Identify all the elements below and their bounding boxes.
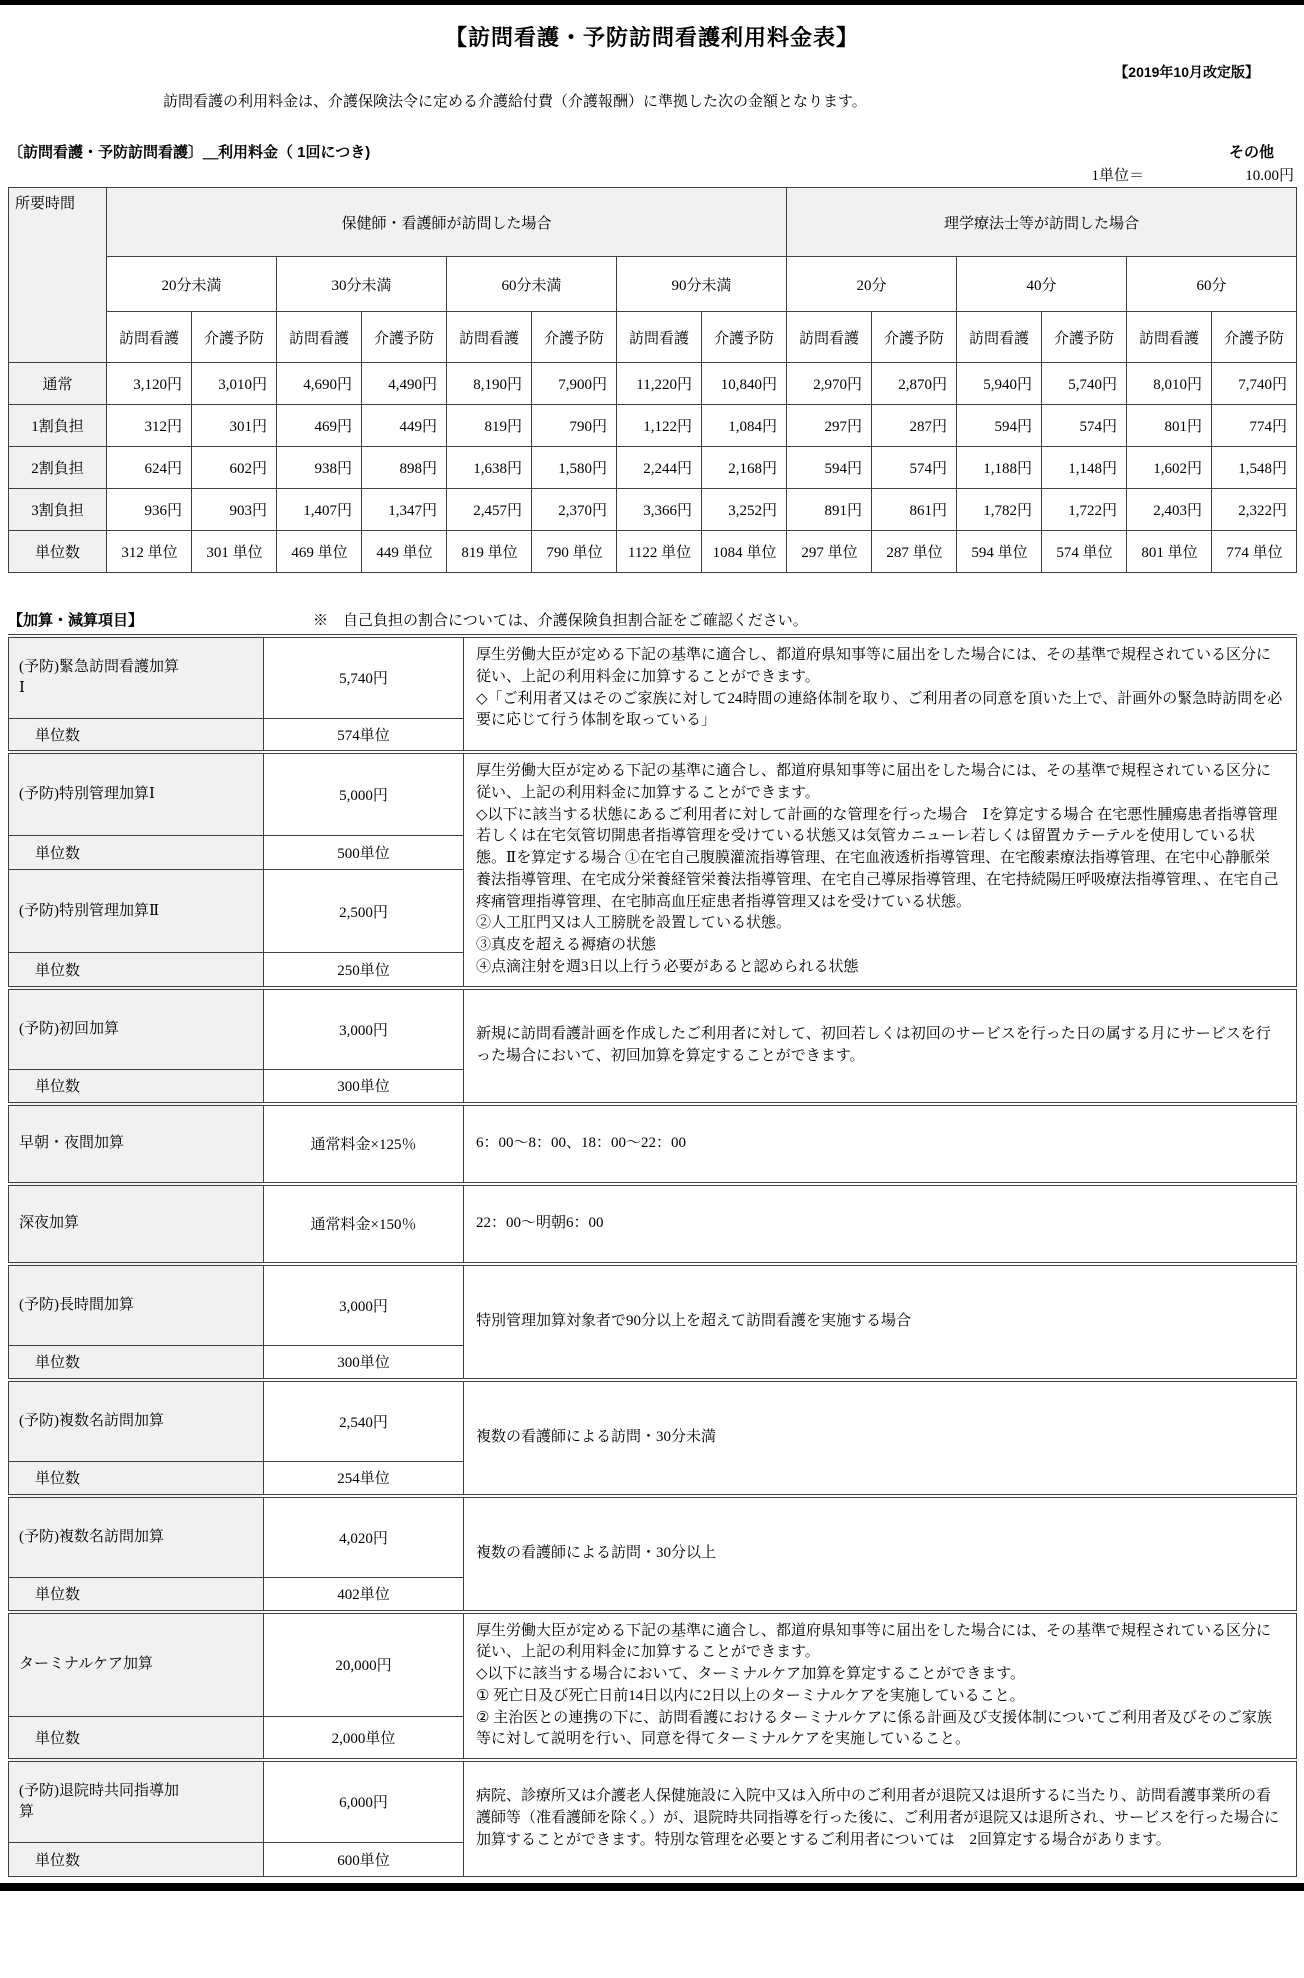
fee-value-cell: 1,188円 <box>957 447 1042 489</box>
fee-value-cell: 297 単位 <box>787 531 872 573</box>
fee-value-cell: 2,457円 <box>447 489 532 531</box>
fee-data-row: 単位数312 単位301 単位469 単位449 単位819 単位790 単位1… <box>9 531 1297 573</box>
fee-value-cell: 3,010円 <box>192 363 277 405</box>
fee-value-cell: 5,940円 <box>957 363 1042 405</box>
addon-units-value: 402単位 <box>264 1578 464 1612</box>
addon-name: 早朝・夜間加算 <box>9 1104 264 1184</box>
fee-value-cell: 819 単位 <box>447 531 532 573</box>
addon-row: (予防)緊急訪問看護加算 Ⅰ5,740円厚生労働大臣が定める下記の基準に適合し、… <box>9 636 1297 718</box>
fee-value-cell: 1084 単位 <box>702 531 787 573</box>
addon-name: (予防)緊急訪問看護加算 Ⅰ <box>9 636 264 718</box>
fee-value-cell: 10,840円 <box>702 363 787 405</box>
addon-units-value: 2,000単位 <box>264 1716 464 1760</box>
fee-value-cell: 2,244円 <box>617 447 702 489</box>
fee-value-cell: 903円 <box>192 489 277 531</box>
addon-units-label: 単位数 <box>9 1462 264 1496</box>
fee-data-row: 通常3,120円3,010円4,690円4,490円8,190円7,900円11… <box>9 363 1297 405</box>
fee-header-group-row: 所要時間保健師・看護師が訪問した場合理学療法士等が訪問した場合 <box>9 188 1297 257</box>
page-title: 【訪問看護・予防訪問看護利用料金表】 <box>0 21 1304 52</box>
addon-row: ターミナルケア加算20,000円厚生労働大臣が定める下記の基準に適合し、都道府県… <box>9 1612 1297 1717</box>
fee-data-row: 2割負担624円602円938円898円1,638円1,580円2,244円2,… <box>9 447 1297 489</box>
fee-value-cell: 1,580円 <box>532 447 617 489</box>
addon-row: (予防)特別管理加算Ⅰ5,000円厚生労働大臣が定める下記の基準に適合し、都道府… <box>9 752 1297 835</box>
fee-type-header: 訪問看護 <box>957 312 1042 363</box>
addon-units-value: 254単位 <box>264 1462 464 1496</box>
fee-type-header: 介護予防 <box>872 312 957 363</box>
addon-name: (予防)複数名訪問加算 <box>9 1380 264 1462</box>
fee-value-cell: 594円 <box>957 405 1042 447</box>
fee-value-cell: 891円 <box>787 489 872 531</box>
fee-value-cell: 301 単位 <box>192 531 277 573</box>
fee-group-header-nurse: 保健師・看護師が訪問した場合 <box>107 188 787 257</box>
fee-value-cell: 287円 <box>872 405 957 447</box>
fee-section-title: 〔訪問看護・予防訪問看護〕＿利用料金（ 1回につき) <box>8 141 370 162</box>
addon-price: 2,500円 <box>264 870 464 953</box>
fee-duration-header: 90分未満 <box>617 257 787 312</box>
fee-value-cell: 790 単位 <box>532 531 617 573</box>
fee-value-cell: 574円 <box>1042 405 1127 447</box>
addon-name: (予防)複数名訪問加算 <box>9 1496 264 1578</box>
fee-value-cell: 1,638円 <box>447 447 532 489</box>
fee-type-header: 介護予防 <box>192 312 277 363</box>
addon-units-label: 単位数 <box>9 953 264 988</box>
addon-units-value: 300単位 <box>264 1070 464 1104</box>
fee-value-cell: 301円 <box>192 405 277 447</box>
fee-value-cell: 1,602円 <box>1127 447 1212 489</box>
fee-value-cell: 2,403円 <box>1127 489 1212 531</box>
fee-value-cell: 624円 <box>107 447 192 489</box>
fee-type-header: 介護予防 <box>1212 312 1297 363</box>
addon-units-value: 600単位 <box>264 1842 464 1876</box>
fee-type-header: 介護予防 <box>702 312 787 363</box>
other-label: その他 <box>1229 141 1296 162</box>
fee-type-header: 訪問看護 <box>787 312 872 363</box>
addon-price: 20,000円 <box>264 1612 464 1717</box>
fee-type-row: 訪問看護介護予防訪問看護介護予防訪問看護介護予防訪問看護介護予防訪問看護介護予防… <box>9 312 1297 363</box>
addon-price: 6,000円 <box>264 1760 464 1842</box>
fee-value-cell: 1,148円 <box>1042 447 1127 489</box>
fee-value-cell: 5,740円 <box>1042 363 1127 405</box>
fee-type-header: 介護予防 <box>362 312 447 363</box>
addon-units-label: 単位数 <box>9 1578 264 1612</box>
unit-rate-label: 1単位＝ <box>1091 164 1144 185</box>
fee-row-label: 3割負担 <box>9 489 107 531</box>
fee-duration-header: 60分 <box>1127 257 1297 312</box>
addon-desc: 厚生労働大臣が定める下記の基準に適合し、都道府県知事等に届出をした場合には、その… <box>464 752 1297 988</box>
addon-desc: 6：00～8：00、18：00～22：00 <box>464 1104 1297 1184</box>
addon-price: 2,540円 <box>264 1380 464 1462</box>
addon-desc: 複数の看護師による訪問・30分未満 <box>464 1380 1297 1496</box>
fee-value-cell: 594 単位 <box>957 531 1042 573</box>
fee-value-cell: 801 単位 <box>1127 531 1212 573</box>
fee-value-cell: 3,120円 <box>107 363 192 405</box>
fee-value-cell: 1,347円 <box>362 489 447 531</box>
addon-price: 4,020円 <box>264 1496 464 1578</box>
addon-row: (予防)長時間加算3,000円特別管理加算対象者で90分以上を超えて訪問看護を実… <box>9 1264 1297 1346</box>
fee-value-cell: 287 単位 <box>872 531 957 573</box>
addon-name: (予防)長時間加算 <box>9 1264 264 1346</box>
fee-value-cell: 3,252円 <box>702 489 787 531</box>
addon-price: 3,000円 <box>264 1264 464 1346</box>
addon-row: (予防)複数名訪問加算2,540円複数の看護師による訪問・30分未満 <box>9 1380 1297 1462</box>
fee-value-cell: 1,548円 <box>1212 447 1297 489</box>
addon-units-label: 単位数 <box>9 1842 264 1876</box>
fee-value-cell: 449 単位 <box>362 531 447 573</box>
fee-value-cell: 574円 <box>872 447 957 489</box>
addon-units-value: 250単位 <box>264 953 464 988</box>
fee-value-cell: 3,366円 <box>617 489 702 531</box>
fee-duration-header: 30分未満 <box>277 257 447 312</box>
fee-value-cell: 574 単位 <box>1042 531 1127 573</box>
fee-duration-header: 40分 <box>957 257 1127 312</box>
fee-row-label: 単位数 <box>9 531 107 573</box>
addon-desc: 病院、診療所又は介護老人保健施設に入院中又は入所中のご利用者が退院又は退所するに… <box>464 1760 1297 1876</box>
fee-value-cell: 936円 <box>107 489 192 531</box>
addon-units-label: 単位数 <box>9 1070 264 1104</box>
fee-value-cell: 297円 <box>787 405 872 447</box>
addon-section-title: 【加算・減算項目】 <box>8 609 143 630</box>
fee-type-header: 訪問看護 <box>277 312 362 363</box>
fee-value-cell: 1,782円 <box>957 489 1042 531</box>
addon-price: 5,000円 <box>264 752 464 835</box>
bottom-rule <box>0 1883 1304 1891</box>
addon-units-value: 300単位 <box>264 1346 464 1380</box>
addon-row: (予防)初回加算3,000円新規に訪問看護計画を作成したご利用者に対して、初回若… <box>9 988 1297 1070</box>
fee-group-header-therapist: 理学療法士等が訪問した場合 <box>787 188 1297 257</box>
fee-data-row: 3割負担936円903円1,407円1,347円2,457円2,370円3,36… <box>9 489 1297 531</box>
addon-price: 通常料金×125％ <box>264 1104 464 1184</box>
addon-table: (予防)緊急訪問看護加算 Ⅰ5,740円厚生労働大臣が定める下記の基準に適合し、… <box>8 634 1297 1877</box>
fee-value-cell: 7,900円 <box>532 363 617 405</box>
fee-row-label: 通常 <box>9 363 107 405</box>
fee-value-cell: 7,740円 <box>1212 363 1297 405</box>
addon-price: 通常料金×150％ <box>264 1184 464 1264</box>
fee-corner-label: 所要時間 <box>9 188 107 363</box>
fee-row-label: 2割負担 <box>9 447 107 489</box>
fee-value-cell: 469 単位 <box>277 531 362 573</box>
fee-value-cell: 801円 <box>1127 405 1212 447</box>
fee-value-cell: 861円 <box>872 489 957 531</box>
fee-value-cell: 1,122円 <box>617 405 702 447</box>
fee-row-label: 1割負担 <box>9 405 107 447</box>
fee-duration-header: 20分未満 <box>107 257 277 312</box>
intro-text: 訪問看護の利用料金は、介護保険法令に定める介護給付費（介護報酬）に準拠した次の金… <box>163 90 1304 111</box>
addon-row: 早朝・夜間加算通常料金×125％6：00～8：00、18：00～22：00 <box>9 1104 1297 1184</box>
addon-row: (予防)複数名訪問加算4,020円複数の看護師による訪問・30分以上 <box>9 1496 1297 1578</box>
addon-desc: 厚生労働大臣が定める下記の基準に適合し、都道府県知事等に届出をした場合には、その… <box>464 1612 1297 1761</box>
fee-value-cell: 790円 <box>532 405 617 447</box>
fee-value-cell: 594円 <box>787 447 872 489</box>
fee-value-cell: 1,084円 <box>702 405 787 447</box>
addon-desc: 特別管理加算対象者で90分以上を超えて訪問看護を実施する場合 <box>464 1264 1297 1380</box>
addon-desc: 22：00～明朝6：00 <box>464 1184 1297 1264</box>
fee-duration-header: 60分未満 <box>447 257 617 312</box>
fee-value-cell: 1,722円 <box>1042 489 1127 531</box>
addon-name: (予防)特別管理加算Ⅱ <box>9 870 264 953</box>
fee-value-cell: 819円 <box>447 405 532 447</box>
fee-value-cell: 4,490円 <box>362 363 447 405</box>
fee-table: 所要時間保健師・看護師が訪問した場合理学療法士等が訪問した場合20分未満30分未… <box>8 187 1297 573</box>
fee-value-cell: 11,220円 <box>617 363 702 405</box>
addon-units-label: 単位数 <box>9 1346 264 1380</box>
fee-value-cell: 1,407円 <box>277 489 362 531</box>
addon-name: 深夜加算 <box>9 1184 264 1264</box>
fee-value-cell: 469円 <box>277 405 362 447</box>
fee-type-header: 訪問看護 <box>617 312 702 363</box>
fee-value-cell: 2,370円 <box>532 489 617 531</box>
fee-value-cell: 898円 <box>362 447 447 489</box>
fee-type-header: 訪問看護 <box>107 312 192 363</box>
addon-name: (予防)初回加算 <box>9 988 264 1070</box>
unit-rate-value: 10.00円 <box>1144 164 1294 185</box>
unit-rate-row: 1単位＝ 10.00円 <box>0 164 1294 185</box>
addon-units-value: 500単位 <box>264 835 464 870</box>
fee-value-cell: 2,322円 <box>1212 489 1297 531</box>
addon-units-label: 単位数 <box>9 718 264 752</box>
fee-type-header: 介護予防 <box>1042 312 1127 363</box>
fee-duration-header: 20分 <box>787 257 957 312</box>
addon-row: (予防)退院時共同指導加 算6,000円病院、診療所又は介護老人保健施設に入院中… <box>9 1760 1297 1842</box>
addon-desc: 新規に訪問看護計画を作成したご利用者に対して、初回若しくは初回のサービスを行った… <box>464 988 1297 1104</box>
addon-row: 深夜加算通常料金×150％22：00～明朝6：00 <box>9 1184 1297 1264</box>
addon-name: ターミナルケア加算 <box>9 1612 264 1717</box>
addon-price: 3,000円 <box>264 988 464 1070</box>
fee-value-cell: 8,010円 <box>1127 363 1212 405</box>
fee-value-cell: 8,190円 <box>447 363 532 405</box>
addon-units-value: 574単位 <box>264 718 464 752</box>
fee-value-cell: 2,970円 <box>787 363 872 405</box>
top-rule <box>0 0 1304 5</box>
fee-value-cell: 4,690円 <box>277 363 362 405</box>
addon-units-label: 単位数 <box>9 1716 264 1760</box>
fee-type-header: 訪問看護 <box>1127 312 1212 363</box>
addon-desc: 厚生労働大臣が定める下記の基準に適合し、都道府県知事等に届出をした場合には、その… <box>464 636 1297 752</box>
fee-value-cell: 312 単位 <box>107 531 192 573</box>
fee-value-cell: 774 単位 <box>1212 531 1297 573</box>
fee-value-cell: 2,168円 <box>702 447 787 489</box>
fee-value-cell: 2,870円 <box>872 363 957 405</box>
page: 【訪問看護・予防訪問看護利用料金表】 【2019年10月改定版】 訪問看護の利用… <box>0 0 1304 1891</box>
fee-value-cell: 938円 <box>277 447 362 489</box>
fee-value-cell: 602円 <box>192 447 277 489</box>
addon-note: ※ 自己負担の割合については、介護保険負担割合証をご確認ください。 <box>313 609 808 630</box>
fee-type-header: 訪問看護 <box>447 312 532 363</box>
revision-label: 【2019年10月改定版】 <box>0 62 1304 82</box>
fee-value-cell: 1122 単位 <box>617 531 702 573</box>
addon-desc: 複数の看護師による訪問・30分以上 <box>464 1496 1297 1612</box>
addon-units-label: 単位数 <box>9 835 264 870</box>
fee-value-cell: 312円 <box>107 405 192 447</box>
fee-data-row: 1割負担312円301円469円449円819円790円1,122円1,084円… <box>9 405 1297 447</box>
fee-value-cell: 449円 <box>362 405 447 447</box>
addon-name: (予防)特別管理加算Ⅰ <box>9 752 264 835</box>
fee-value-cell: 774円 <box>1212 405 1297 447</box>
addon-price: 5,740円 <box>264 636 464 718</box>
fee-duration-row: 20分未満30分未満60分未満90分未満20分40分60分 <box>9 257 1297 312</box>
addon-name: (予防)退院時共同指導加 算 <box>9 1760 264 1842</box>
fee-type-header: 介護予防 <box>532 312 617 363</box>
